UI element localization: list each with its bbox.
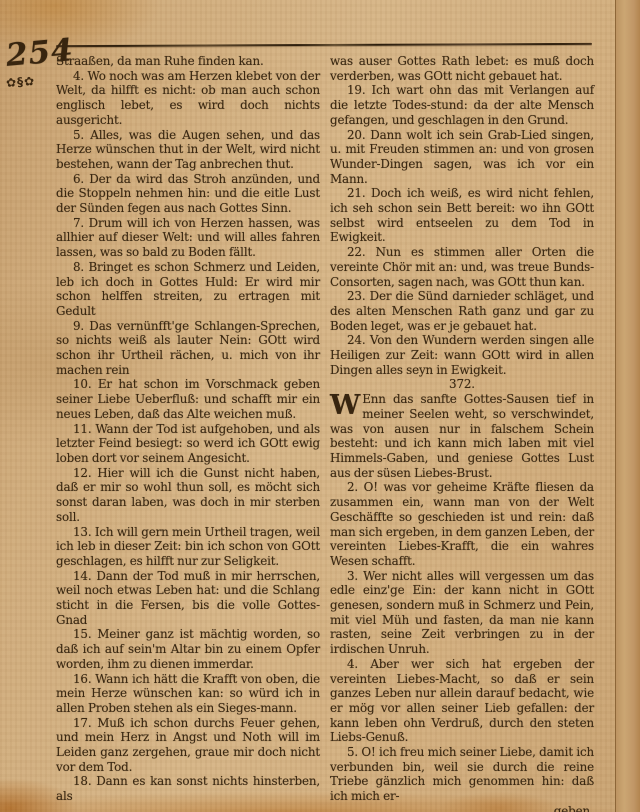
hymn-stanza: 4. Aber wer sich hat ergeben der vereint… xyxy=(330,657,594,745)
header-rule xyxy=(56,43,592,47)
hymn-stanza: 20. Dann wolt ich sein Grab-Lied singen,… xyxy=(330,128,594,187)
hymn-stanza: 18. Dann es kan sonst nichts hinsterben,… xyxy=(56,774,320,803)
page-edge-shadow xyxy=(615,0,640,812)
hymn-stanza: 12. Hier will ich die Gunst nicht haben,… xyxy=(56,466,320,525)
hymn-stanza: 5. O! ich freu mich seiner Liebe, damit … xyxy=(330,745,594,804)
catchword: geben xyxy=(330,804,594,812)
hymn-stanza: 15. Meiner ganz ist mächtig worden, so d… xyxy=(56,627,320,671)
hymn-stanza: 21. Doch ich weiß, es wird nicht fehlen,… xyxy=(330,186,594,245)
hymn-stanza: 6. Der da wird das Stroh anzünden, und d… xyxy=(56,172,320,216)
hymn-stanza: 10. Er hat schon im Vorschmack geben sei… xyxy=(56,377,320,421)
hymn-stanza: Enn das sanfte Gottes-Sausen tief in mei… xyxy=(330,392,594,480)
right-column: was auser Gottes Rath lebet: es muß doch… xyxy=(330,54,594,812)
hymn-line-continuation: Straaßen, da man Ruhe finden kan. xyxy=(56,54,320,69)
hymn-stanza: 17. Muß ich schon durchs Feuer gehen, un… xyxy=(56,716,320,775)
book-page: 254 ✿§✿ Straaßen, da man Ruhe finden kan… xyxy=(0,0,640,812)
hymn-stanza: 23. Der die Sünd darnieder schläget, und… xyxy=(330,289,594,333)
left-column: Straaßen, da man Ruhe finden kan. 4. Wo … xyxy=(56,54,320,804)
hymn-stanza: 4. Wo noch was am Herzen klebet von der … xyxy=(56,69,320,128)
hymn-stanza: 9. Das vernünfft'ge Schlangen-Sprechen, … xyxy=(56,319,320,378)
hymn-stanza: 8. Bringet es schon Schmerz und Leiden, … xyxy=(56,260,320,319)
hymn-stanza: 3. Wer nicht alles will vergessen um das… xyxy=(330,569,594,657)
hymn-stanza: 22. Nun es stimmen aller Orten die verei… xyxy=(330,245,594,289)
hymn-stanza-first: WEnn das sanfte Gottes-Sausen tief in me… xyxy=(330,392,594,480)
hymn-stanza: 24. Von den Wundern werden singen alle H… xyxy=(330,333,594,377)
hymn-stanza: 13. Ich will gern mein Urtheil tragen, w… xyxy=(56,525,320,569)
hymn-stanza: 11. Wann der Tod ist aufgehoben, und als… xyxy=(56,422,320,466)
section-ornament: ✿§✿ xyxy=(6,75,36,89)
drop-cap: W xyxy=(330,392,362,418)
hymn-stanza: 19. Ich wart ohn das mit Verlangen auf d… xyxy=(330,83,594,127)
hymn-stanza: 7. Drum will ich von Herzen hassen, was … xyxy=(56,216,320,260)
hymn-number-heading: 372. xyxy=(330,377,594,392)
hymn-stanza: 14. Dann der Tod muß in mir herrschen, w… xyxy=(56,569,320,628)
hymn-stanza: 16. Wann ich hätt die Krafft von oben, d… xyxy=(56,672,320,716)
hymn-line-continuation: was auser Gottes Rath lebet: es muß doch… xyxy=(330,54,594,83)
hymn-stanza: 5. Alles, was die Augen sehen, und das H… xyxy=(56,128,320,172)
hymn-stanza: 2. O! was vor geheime Kräfte fliesen da … xyxy=(330,480,594,568)
